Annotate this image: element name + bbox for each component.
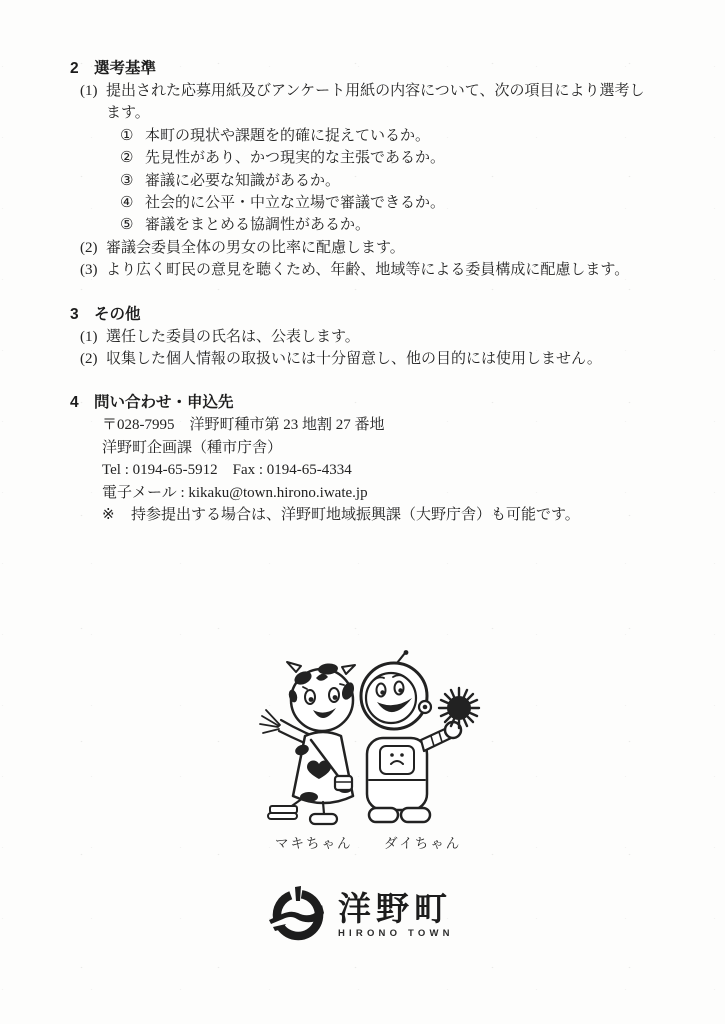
contact-tel-fax: Tel : 0194-65-5912 Fax : 0194-65-4334: [102, 459, 725, 481]
list-item: ⑤ 審議をまとめる協調性があるか。: [120, 214, 725, 236]
town-name-english: HIRONO TOWN: [338, 928, 454, 939]
item-marker: ④: [120, 192, 145, 214]
list-item: (2) 収集した個人情報の取扱いには十分留意し、他の目的には使用しません。: [80, 348, 725, 370]
item-text: 審議をまとめる協調性があるか。: [145, 214, 725, 236]
section-number: 4: [70, 391, 94, 414]
section-title: その他: [94, 303, 141, 326]
mascot-dai-chan: [361, 650, 479, 822]
mascot-labels: マキちゃん ダイちゃん: [243, 832, 488, 852]
item-text: 本町の現状や課題を的確に捉えているか。: [145, 125, 725, 147]
section-title: 問い合わせ・申込先: [94, 391, 234, 414]
note-text: 持参提出する場合は、洋野町地域振興課（大野庁舎）も可能です。: [131, 504, 725, 526]
document-body: 2 選考基準 (1) 提出された応募用紙及びアンケート用紙の内容について、次の項…: [0, 0, 725, 527]
item-marker: ①: [120, 125, 145, 147]
item-marker: (3): [80, 259, 106, 281]
town-logo: 洋野町 HIRONO TOWN: [266, 886, 454, 944]
list-item: ④ 社会的に公平・中立な立場で審議できるか。: [120, 192, 725, 214]
item-text: ます。: [106, 102, 725, 124]
item-marker: ③: [120, 170, 145, 192]
mascots-svg: [243, 650, 488, 836]
contact-office: 洋野町企画課（種市庁舎）: [102, 437, 725, 459]
list-item: (3) より広く町民の意見を聴くため、年齢、地域等による委員構成に配慮します。: [80, 259, 725, 281]
item-marker: (1): [80, 326, 106, 348]
section-2-heading: 2 選考基準: [70, 57, 725, 80]
item-text: 選任した委員の氏名は、公表します。: [106, 326, 725, 348]
list-item-continuation: ます。: [80, 102, 725, 124]
note-marker: ※: [102, 504, 131, 526]
item-marker: [80, 102, 106, 124]
mascot-name-maki: マキちゃん: [275, 832, 353, 852]
list-item: (2) 審議会委員全体の男女の比率に配慮します。: [80, 237, 725, 259]
list-item: ① 本町の現状や課題を的確に捉えているか。: [120, 125, 725, 147]
item-text: 審議会委員全体の男女の比率に配慮します。: [106, 237, 725, 259]
item-text: 先見性があり、かつ現実的な主張であるか。: [145, 147, 725, 169]
item-marker: ⑤: [120, 214, 145, 236]
list-item: ③ 審議に必要な知識があるか。: [120, 170, 725, 192]
mascot-name-dai: ダイちゃん: [384, 832, 461, 852]
mascot-illustration: [243, 650, 488, 836]
contact-address: 〒028-7995 洋野町種市第 23 地割 27 番地: [102, 414, 725, 436]
list-item: (1) 選任した委員の氏名は、公表します。: [80, 326, 725, 348]
item-text: 審議に必要な知識があるか。: [145, 170, 725, 192]
section-number: 3: [70, 303, 94, 326]
list-item: ② 先見性があり、かつ現実的な主張であるか。: [120, 147, 725, 169]
section-title: 選考基準: [94, 57, 156, 80]
list-item: (1) 提出された応募用紙及びアンケート用紙の内容について、次の項目により選考し: [80, 80, 725, 102]
item-marker: ②: [120, 147, 145, 169]
section-number: 2: [70, 57, 94, 80]
section-4-heading: 4 問い合わせ・申込先: [70, 391, 725, 414]
item-marker: (1): [80, 80, 106, 102]
contact-email: 電子メール : kikaku@town.hirono.iwate.jp: [102, 482, 725, 504]
item-marker: (2): [80, 348, 106, 370]
town-logo-text: 洋野町 HIRONO TOWN: [338, 891, 454, 939]
item-text: 収集した個人情報の取扱いには十分留意し、他の目的には使用しません。: [106, 348, 725, 370]
scanned-document-page: 2 選考基準 (1) 提出された応募用紙及びアンケート用紙の内容について、次の項…: [0, 0, 725, 1024]
section-3-heading: 3 その他: [70, 303, 725, 326]
item-text: 社会的に公平・中立な立場で審議できるか。: [145, 192, 725, 214]
item-text: より広く町民の意見を聴くため、年齢、地域等による委員構成に配慮します。: [106, 259, 725, 281]
item-marker: (2): [80, 237, 106, 259]
mascot-maki-chan: [260, 662, 356, 824]
hirono-town-emblem-icon: [266, 886, 330, 944]
sea-urchin-icon: [439, 688, 479, 728]
town-name-japanese: 洋野町: [338, 891, 454, 927]
contact-note: ※ 持参提出する場合は、洋野町地域振興課（大野庁舎）も可能です。: [102, 504, 725, 526]
item-text: 提出された応募用紙及びアンケート用紙の内容について、次の項目により選考し: [106, 80, 725, 102]
